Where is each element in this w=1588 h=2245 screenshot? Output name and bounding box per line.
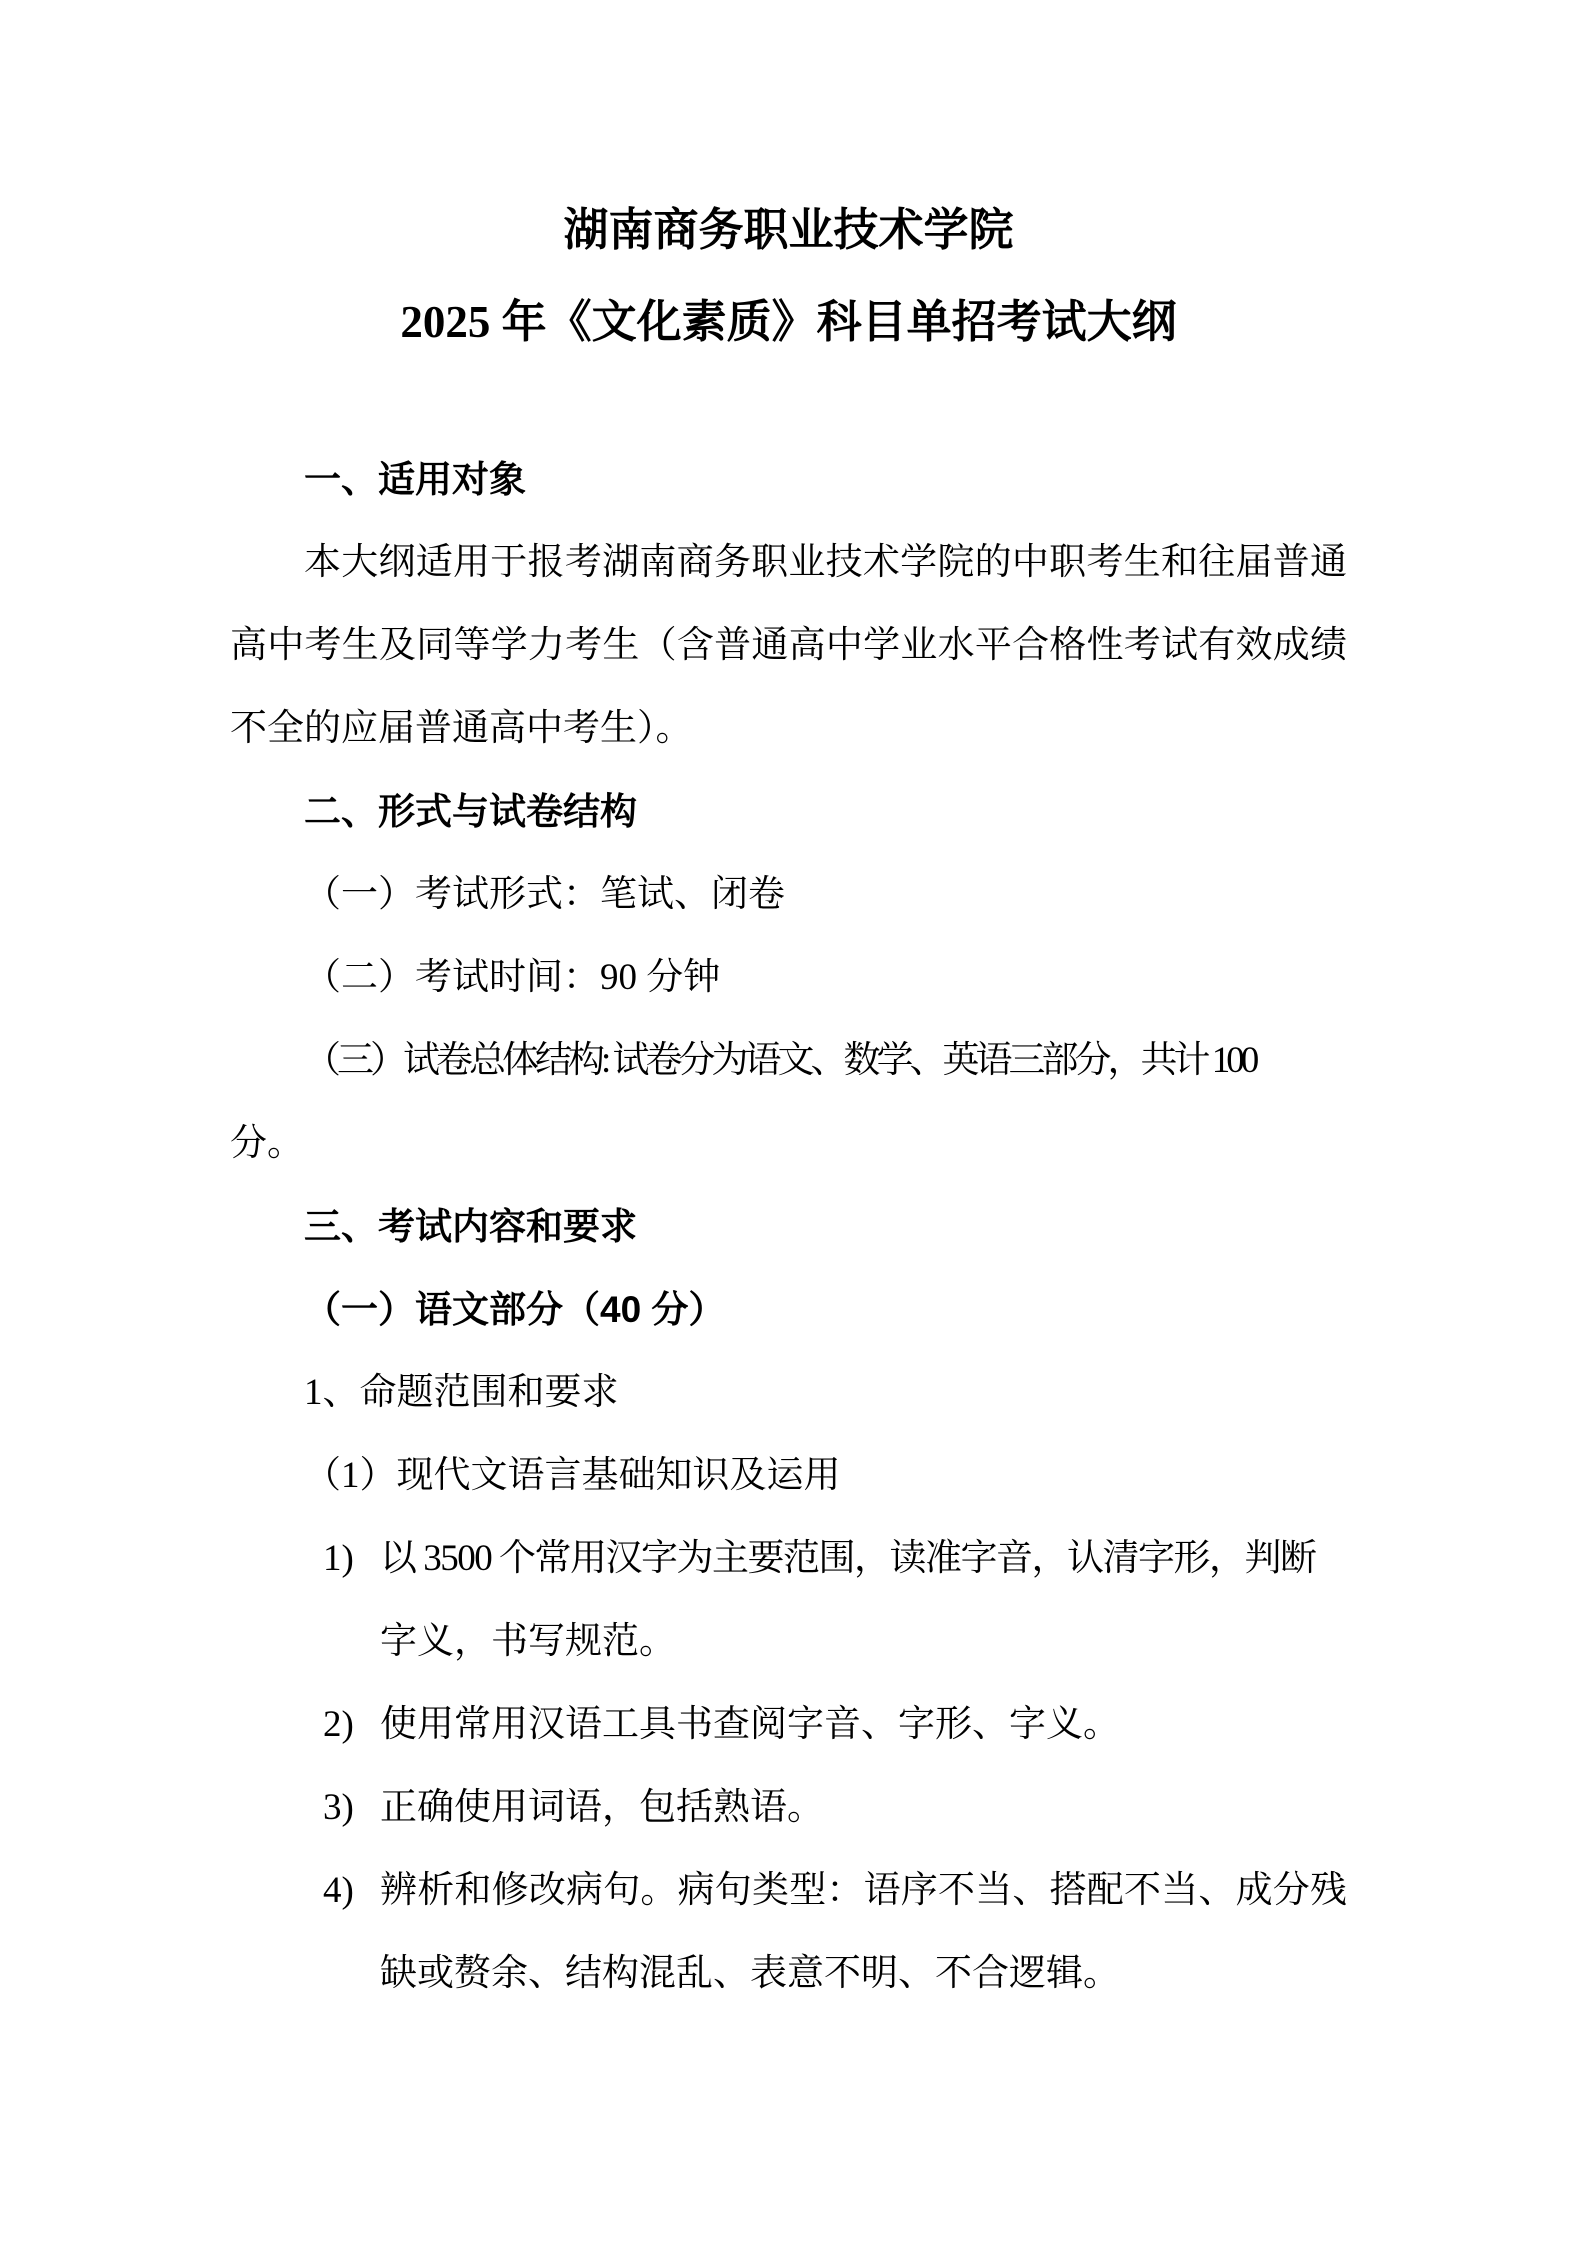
paragraph-line: 本大纲适用于报考湖南商务职业技术学院的中职考生和往届普通 — [230, 521, 1347, 604]
subitem-scope-requirements: 1、命题范围和要求 — [230, 1351, 1347, 1434]
list-item-3: 3) 正确使用词语，包括熟语。 — [230, 1766, 1347, 1849]
subitem-exam-duration: （二）考试时间：90 分钟 — [230, 936, 1347, 1019]
list-item-continuation: 缺或赘余、结构混乱、表意不明、不合逻辑。 — [230, 1932, 1347, 2015]
section-heading-2-format-structure: 二、形式与试卷结构 — [230, 770, 1347, 853]
list-item-text: 使用常用汉语工具书查阅字音、字形、字义。 — [380, 1683, 1347, 1766]
section-heading-3-content-requirements: 三、考试内容和要求 — [230, 1185, 1347, 1268]
list-item-number: 1) — [323, 1517, 380, 1600]
list-item-text: 辨析和修改病句。病句类型：语序不当、搭配不当、成分残 — [380, 1849, 1347, 1932]
list-item-text: 以 3500 个常用汉字为主要范围，读准字音，认清字形，判断 — [380, 1517, 1347, 1600]
paragraph-line: 不全的应届普通高中考生）。 — [230, 687, 1347, 770]
document-title-line-1: 湖南商务职业技术学院 — [230, 184, 1347, 276]
list-item-4: 4) 辨析和修改病句。病句类型：语序不当、搭配不当、成分残 — [230, 1849, 1347, 1932]
list-item-continuation: 字义，书写规范。 — [230, 1600, 1347, 1683]
document-page: 湖南商务职业技术学院 2025 年《文化素质》科目单招考试大纲 一、适用对象 本… — [0, 0, 1588, 2245]
subsection-heading-chinese-part: （一）语文部分（40 分） — [230, 1268, 1347, 1351]
document-body: 一、适用对象 本大纲适用于报考湖南商务职业技术学院的中职考生和往届普通 高中考生… — [230, 438, 1347, 2015]
paragraph-line: 分。 — [230, 1102, 1347, 1185]
document-title-block: 湖南商务职业技术学院 2025 年《文化素质》科目单招考试大纲 — [230, 184, 1347, 368]
list-item-2: 2) 使用常用汉语工具书查阅字音、字形、字义。 — [230, 1683, 1347, 1766]
list-item-1: 1) 以 3500 个常用汉字为主要范围，读准字音，认清字形，判断 — [230, 1517, 1347, 1600]
paragraph-line: 高中考生及同等学力考生（含普通高中学业水平合格性考试有效成绩 — [230, 604, 1347, 687]
list-item-number: 4) — [323, 1849, 380, 1932]
subitem-modern-chinese-basics: （1）现代文语言基础知识及运用 — [230, 1434, 1347, 1517]
document-title-line-2: 2025 年《文化素质》科目单招考试大纲 — [230, 276, 1347, 368]
list-item-number: 3) — [323, 1766, 380, 1849]
list-item-number: 2) — [323, 1683, 380, 1766]
subitem-exam-format: （一）考试形式：笔试、闭卷 — [230, 853, 1347, 936]
section-heading-1-applicable-candidates: 一、适用对象 — [230, 438, 1347, 521]
subitem-paper-structure: （三）试卷总体结构: 试卷分为语文、数学、英语三部分，共计 100 — [230, 1019, 1347, 1102]
list-item-text: 正确使用词语，包括熟语。 — [380, 1766, 1347, 1849]
